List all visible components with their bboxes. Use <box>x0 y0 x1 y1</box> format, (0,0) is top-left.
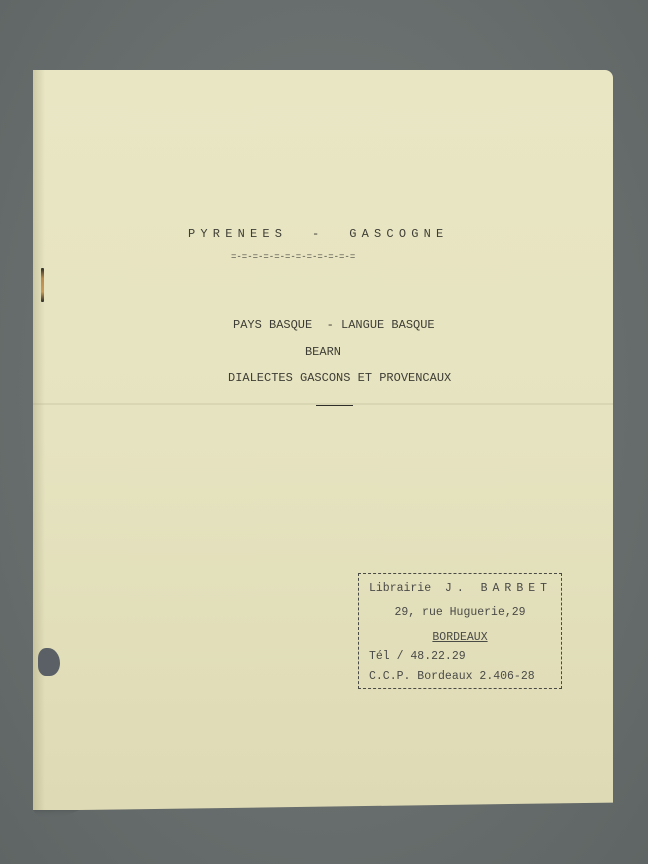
title-underline: =-=-=-=-=-=-=-=-=-=-=-= <box>231 252 355 262</box>
subtitle-line-1: PAYS BASQUE - LANGUE BASQUE <box>233 318 435 332</box>
bookseller-stamp: Librairie J. BARBET 29, rue Huguerie,29 … <box>358 573 562 689</box>
stamp-name: J. BARBET <box>445 582 552 595</box>
stamp-phone: Tél / 48.22.29 <box>369 650 466 663</box>
stamp-city: BORDEAUX <box>359 631 561 644</box>
stamp-bookseller-line: Librairie J. BARBET <box>369 582 552 595</box>
stamp-prefix: Librairie <box>369 582 445 595</box>
document-title: PYRENEES - GASCOGNE <box>188 227 448 241</box>
staple-mark <box>41 268 44 302</box>
stamp-address: 29, rue Huguerie,29 <box>359 606 561 619</box>
subtitle-line-2: BEARN <box>33 345 613 359</box>
separator-dash <box>316 405 353 406</box>
stamp-ccp: C.C.P. Bordeaux 2.406-28 <box>369 670 535 683</box>
subtitle-line-3: DIALECTES GASCONS ET PROVENCAUX <box>228 371 451 385</box>
document-page: PYRENEES - GASCOGNE =-=-=-=-=-=-=-=-=-=-… <box>33 70 613 810</box>
paper-tear <box>38 648 60 676</box>
